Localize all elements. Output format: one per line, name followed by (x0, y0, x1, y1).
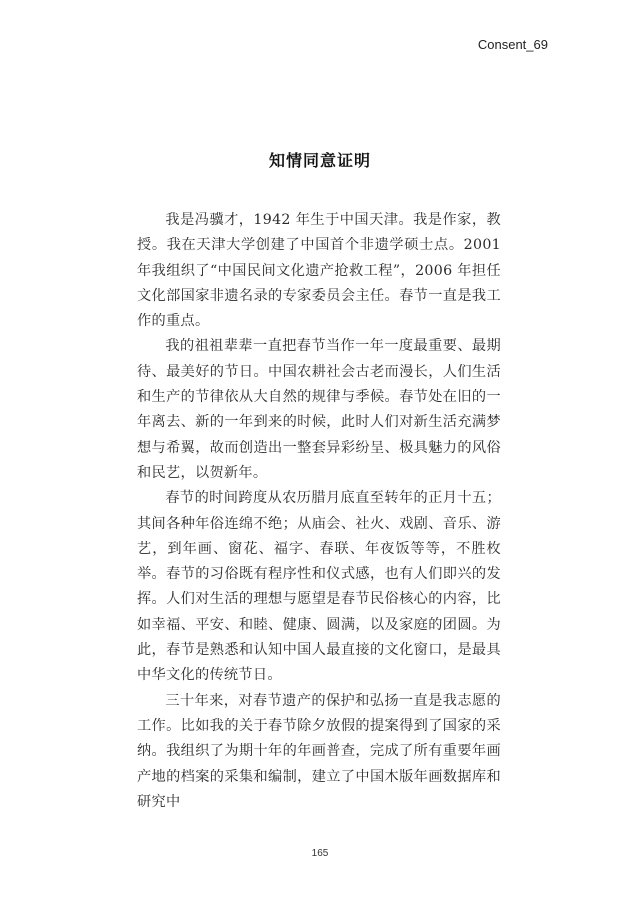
paragraph: 我是冯骥才，1942 年生于中国天津。我是作家，教授。我在天津大学创建了中国首个… (137, 208, 501, 334)
outer-page-number: 165 (0, 848, 640, 859)
document-body: 我是冯骥才，1942 年生于中国天津。我是作家，教授。我在天津大学创建了中国首个… (137, 208, 501, 815)
page-title: 知情同意证明 (0, 148, 640, 171)
paragraph: 我的祖祖辈辈一直把春节当作一年一度最重要、最期待、最美好的节日。中国农耕社会古老… (137, 334, 501, 486)
document-id-label: Consent_69 (478, 37, 548, 52)
paragraph: 三十年来，对春节遗产的保护和弘扬一直是我志愿的工作。比如我的关于春节除夕放假的提… (137, 689, 501, 815)
paragraph: 春节的时间跨度从农历腊月底直至转年的正月十五；其间各种年俗连绵不绝；从庙会、社火… (137, 486, 501, 688)
inner-page-number: 1 (0, 771, 640, 780)
